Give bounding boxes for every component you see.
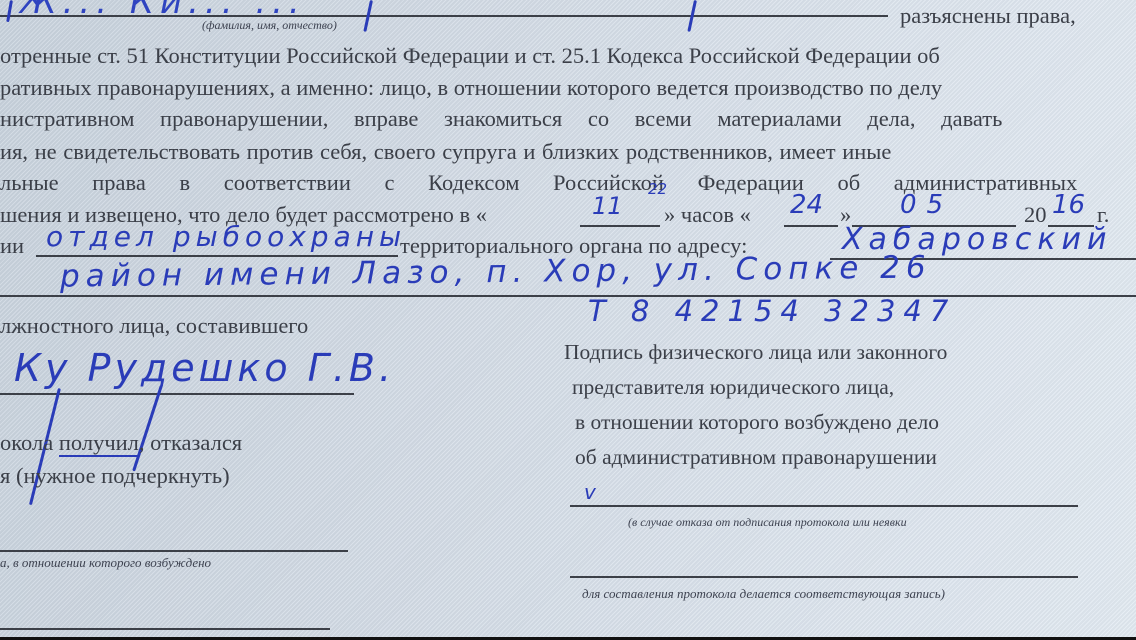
- paragraph-line-2: ративных правонарушениях, а именно: лицо…: [0, 75, 1112, 101]
- address-field-line-2: [0, 295, 1136, 297]
- hours-label: » часов «: [664, 202, 751, 228]
- person-signature-line-left: [0, 550, 348, 552]
- bottom-line-left: [0, 628, 330, 630]
- name-underline: [0, 15, 888, 17]
- physical-signature-label-2: представителя юридического лица,: [572, 374, 894, 400]
- rights-explained-text: разъяснены права,: [900, 3, 1076, 29]
- paragraph-line-4: ия, не свидетельствовать против себя, св…: [0, 139, 1112, 165]
- physical-signature-label-1: Подпись физического лица или законного: [564, 339, 947, 365]
- underline-hint: я (нужное подчеркнуть): [0, 463, 230, 489]
- copy-received-option: получил: [59, 430, 139, 457]
- hour-field-line: [580, 225, 660, 227]
- minutes-value: 22: [648, 180, 667, 198]
- physical-signature-line: [570, 505, 1078, 507]
- official-signature: Ку Рудешко Г.В.: [14, 346, 395, 390]
- copy-received-line: окола получил, отказался: [0, 430, 242, 456]
- paragraph-line-1: отренные ст. 51 Конституции Российской Ф…: [0, 43, 1112, 69]
- refusal-caption-2: для составления протокола делается соотв…: [582, 586, 945, 602]
- day-value: 24: [790, 190, 823, 220]
- official-signature-line: [0, 393, 354, 395]
- year-value: 16: [1052, 190, 1085, 220]
- signature-mark: v: [584, 480, 596, 504]
- month-value: 05: [900, 190, 953, 220]
- hour-value: 11: [592, 192, 623, 220]
- place-prefix: ии: [0, 233, 24, 259]
- copy-refused-option: , отказался: [139, 430, 242, 455]
- physical-signature-label-4: об административном правонарушении: [575, 444, 937, 470]
- place-value: отдел рыбоохраны: [46, 220, 406, 253]
- paragraph-line-3: нистративном правонарушении, вправе знак…: [0, 106, 1112, 132]
- fio-caption: (фамилия, имя, отчество): [202, 18, 337, 33]
- phone-number: Т 8 42154 32347: [588, 294, 956, 328]
- refusal-caption-1: (в случае отказа от подписания протокола…: [628, 515, 907, 530]
- physical-signature-label-3: в отношении которого возбуждено дело: [575, 409, 939, 435]
- refusal-note-line: [570, 576, 1078, 578]
- copy-received-prefix: окола: [0, 430, 53, 455]
- person-caption-left: а, в отношении которого возбуждено: [0, 555, 211, 571]
- day-field-line: [784, 225, 838, 227]
- official-signature-label: лжностного лица, составившего: [0, 313, 308, 339]
